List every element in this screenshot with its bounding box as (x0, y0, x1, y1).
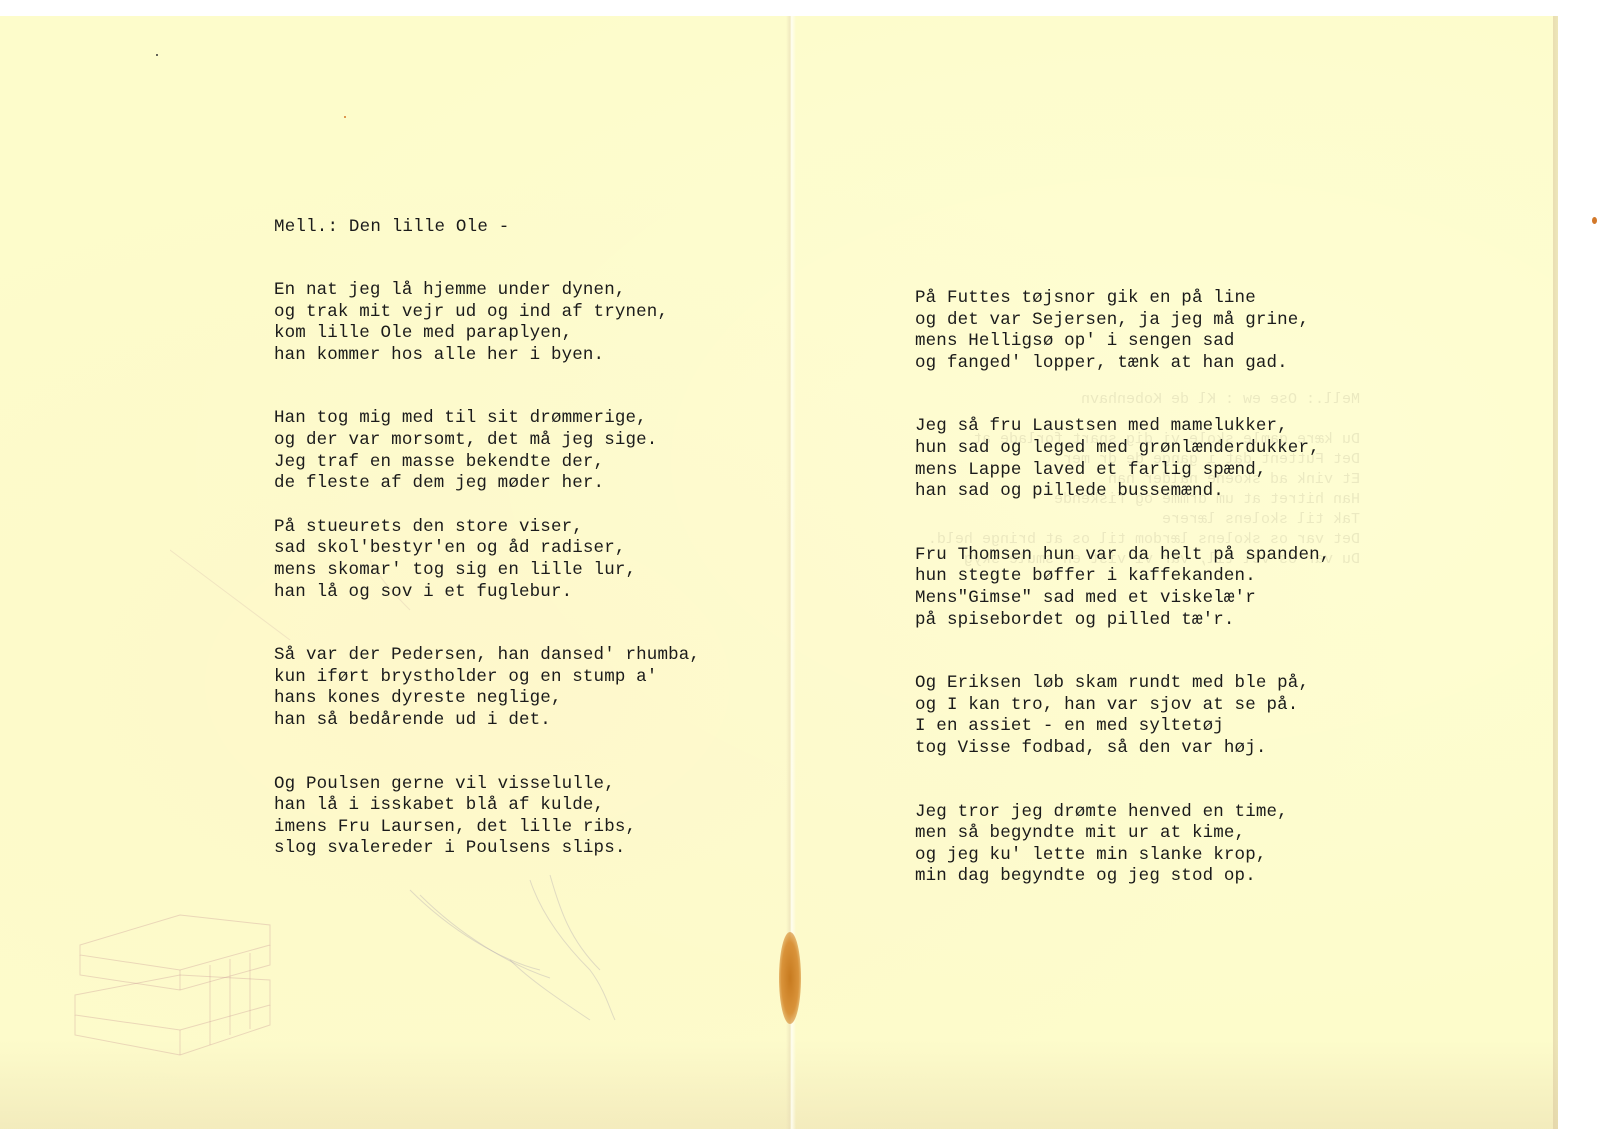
stanza: En nat jeg lå hjemme under dynen,og trak… (274, 280, 700, 366)
right-stanzas: På Futtes tøjsnor gik en på lineog det v… (915, 288, 1330, 888)
stanza-gap (274, 732, 700, 774)
left-page: Mell.: Den lille Ole - En nat jeg lå hje… (274, 216, 700, 860)
stanza-gap (915, 631, 1330, 673)
verse-line: tog Visse fodbad, så den var høj. (915, 738, 1330, 760)
verse-line: kom lille Ole med paraplyen, (274, 323, 700, 345)
verse-line: På stueurets den store viser, (274, 517, 700, 539)
stanza-gap (274, 366, 700, 408)
stanza: Jeg så fru Laustsen med mamelukker,hun s… (915, 416, 1330, 502)
verse-line: og der var morsomt, det må jeg sige. (274, 430, 700, 452)
verse-line: og fanged' lopper, tænk at han gad. (915, 353, 1330, 375)
verse-line: Jeg tror jeg drømte henved en time, (915, 802, 1330, 824)
verse-line: sad skol'bestyr'en og åd radiser, (274, 538, 700, 560)
verse-line: Mens"Gimse" sad med et viskelæ'r (915, 588, 1330, 610)
stanza: Fru Thomsen hun var da helt på spanden,h… (915, 545, 1330, 631)
verse-line: han sad og pillede bussemænd. (915, 481, 1330, 503)
rust-speck (344, 116, 346, 118)
melody-heading: Mell.: Den lille Ole - (274, 216, 700, 238)
stanza: Jeg tror jeg drømte henved en time,men s… (915, 802, 1330, 888)
verse-line: kun iført brystholder og en stump a' (274, 667, 700, 689)
verse-line: imens Fru Laursen, det lille ribs, (274, 817, 700, 839)
stanza-gap (274, 495, 700, 517)
rust-stain (779, 932, 801, 1024)
verse-line: hans kones dyreste neglige, (274, 688, 700, 710)
stanza: På Futtes tøjsnor gik en på lineog det v… (915, 288, 1330, 374)
stanza-gap (915, 503, 1330, 545)
stanza: På stueurets den store viser,sad skol'be… (274, 517, 700, 603)
verse-line: På Futtes tøjsnor gik en på line (915, 288, 1330, 310)
verse-line: Fru Thomsen hun var da helt på spanden, (915, 545, 1330, 567)
verse-line: men så begyndte mit ur at kime, (915, 823, 1330, 845)
verse-line: En nat jeg lå hjemme under dynen, (274, 280, 700, 302)
verse-line: I en assiet - en med syltetøj (915, 716, 1330, 738)
verse-line: han lå i isskabet blå af kulde, (274, 795, 700, 817)
verse-line: Så var der Pedersen, han dansed' rhumba, (274, 645, 700, 667)
stanza-gap (274, 603, 700, 645)
stanza: Så var der Pedersen, han dansed' rhumba,… (274, 645, 700, 731)
verse-line: og I kan tro, han var sjov at se på. (915, 695, 1330, 717)
verse-line: Jeg så fru Laustsen med mamelukker, (915, 416, 1330, 438)
verse-line: mens Lappe laved et farlig spænd, (915, 460, 1330, 482)
verse-line: Han tog mig med til sit drømmerige, (274, 408, 700, 430)
left-stanzas: En nat jeg lå hjemme under dynen,og trak… (274, 280, 700, 860)
paper-edge (1553, 16, 1558, 1129)
verse-line: Og Eriksen løb skam rundt med ble på, (915, 673, 1330, 695)
verse-line: og det var Sejersen, ja jeg må grine, (915, 310, 1330, 332)
verse-line: og jeg ku' lette min slanke krop, (915, 845, 1330, 867)
rust-speck (1592, 217, 1597, 224)
right-page: På Futtes tøjsnor gik en på lineog det v… (915, 288, 1330, 888)
verse-line: Og Poulsen gerne vil visselulle, (274, 774, 700, 796)
stanza: Han tog mig med til sit drømmerige,og de… (274, 408, 700, 494)
verse-line: Jeg traf en masse bekendte der, (274, 452, 700, 474)
verse-line: han lå og sov i et fuglebur. (274, 582, 700, 604)
verse-line: slog svalereder i Poulsens slips. (274, 838, 700, 860)
verse-line: han kommer hos alle her i byen. (274, 345, 700, 367)
stanza: Og Eriksen løb skam rundt med ble på,og … (915, 673, 1330, 759)
stanza-gap (915, 374, 1330, 416)
verse-line: og trak mit vejr ud og ind af trynen, (274, 302, 700, 324)
verse-line: hun sad og leged med grønlænderdukker, (915, 438, 1330, 460)
verse-line: min dag begyndte og jeg stod op. (915, 866, 1330, 888)
stanza-gap (915, 760, 1330, 802)
verse-line: mens skomar' tog sig en lille lur, (274, 560, 700, 582)
verse-line: de fleste af dem jeg møder her. (274, 473, 700, 495)
verse-line: mens Helligsø op' i sengen sad (915, 331, 1330, 353)
stanza: Og Poulsen gerne vil visselulle,han lå i… (274, 774, 700, 860)
verse-line: på spisebordet og pilled tæ'r. (915, 610, 1330, 632)
verse-line: han så bedårende ud i det. (274, 710, 700, 732)
verse-line: hun stegte bøffer i kaffekanden. (915, 566, 1330, 588)
ink-speck (156, 54, 158, 56)
